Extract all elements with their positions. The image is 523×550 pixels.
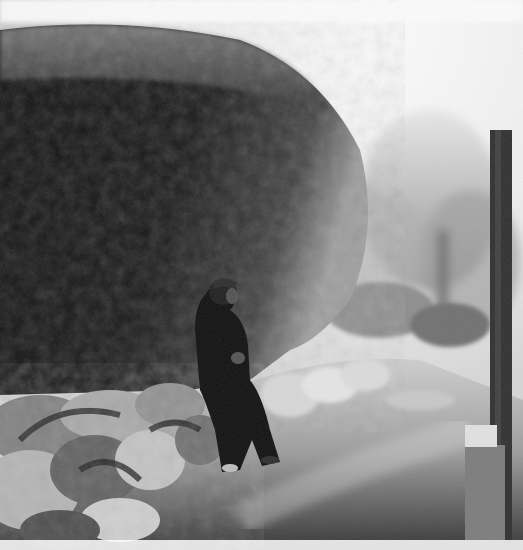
film-grain (0, 0, 523, 550)
photo-scene (0, 0, 523, 550)
bottom-edge (0, 540, 523, 550)
photograph (0, 0, 523, 550)
